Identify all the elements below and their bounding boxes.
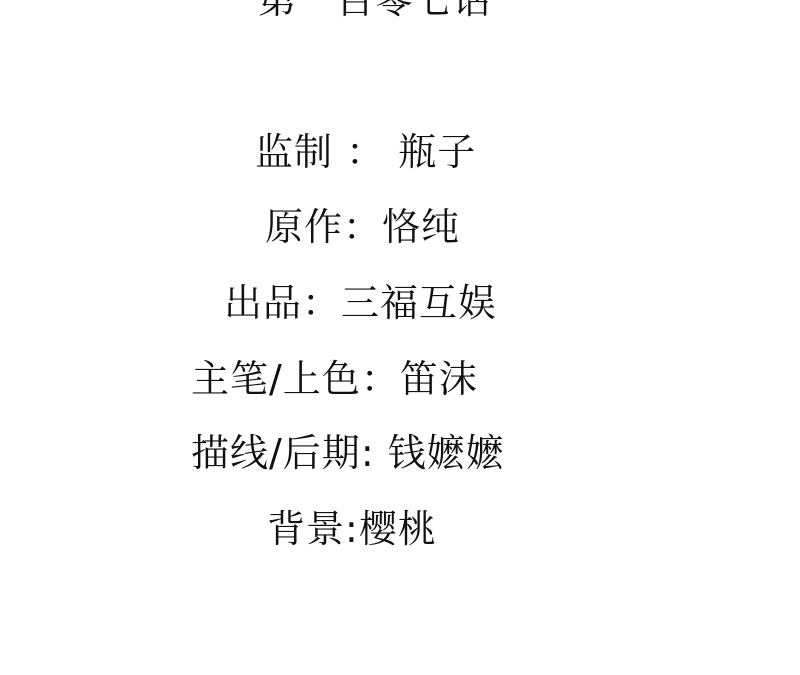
credit-separator: ： (302, 281, 341, 325)
credit-separator: : (361, 431, 388, 475)
credit-label: 原作 (265, 205, 343, 249)
credit-separator: ： (361, 357, 400, 401)
credit-original-author: 原作：恪纯 (265, 205, 460, 249)
credit-value: 三福互娱 (341, 281, 497, 325)
credit-label: 监制 (255, 130, 333, 174)
credit-label: 背景 (267, 507, 345, 551)
credit-producer: 监制 ： 瓶子 (255, 130, 476, 174)
credit-value: 恪纯 (382, 205, 460, 249)
credit-lead-artist-colorist: 主笔/上色：笛沫 (191, 357, 478, 401)
credit-value: 瓶子 (398, 130, 476, 174)
credit-label: 描线/后期 (191, 431, 361, 475)
credit-label: 出品 (224, 281, 302, 325)
credit-label: 主笔/上色 (191, 357, 361, 401)
credit-value: 樱桃 (359, 507, 437, 551)
credit-value: 钱嬷嬷 (388, 431, 505, 475)
credit-separator: ： (343, 205, 382, 249)
credit-separator: ： (333, 130, 398, 174)
credit-publisher: 出品：三福互娱 (224, 281, 497, 325)
credit-value: 笛沫 (400, 357, 478, 401)
credit-lineart-postproduction: 描线/后期: 钱嬷嬷 (191, 431, 505, 475)
chapter-title: 第一百零七话 (258, 0, 492, 22)
credit-background-artist: 背景:樱桃 (267, 507, 437, 551)
credit-separator: : (345, 507, 359, 551)
